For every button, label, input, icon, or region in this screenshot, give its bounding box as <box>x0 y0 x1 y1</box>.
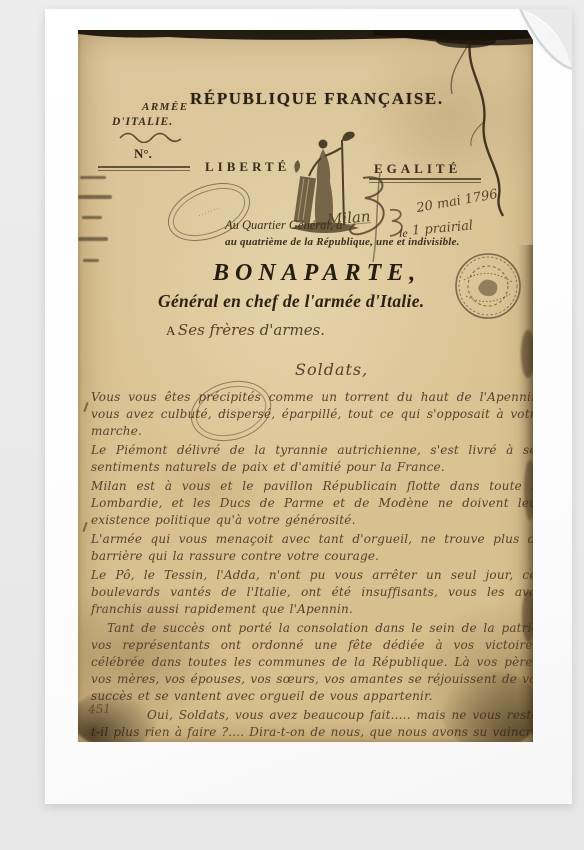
army-label: ARMÉE <box>142 101 189 113</box>
ink-bleed-mark <box>82 216 102 219</box>
dateline-subline: au quatrième de la République, une et in… <box>225 236 460 248</box>
ink-bleed-mark <box>83 259 99 262</box>
paragraph-1: Vous vous êtes précipités comme un torre… <box>91 389 533 440</box>
number-label: N°. <box>134 146 152 162</box>
paragraph-3: Milan est à vous et le pavillon Républic… <box>91 478 533 529</box>
army-label-line2: D'ITALIE. <box>112 116 173 128</box>
round-archive-stamp-icon <box>452 250 524 322</box>
edge-stain <box>524 460 533 520</box>
edge-stain <box>522 590 533 642</box>
margin-tick-mark <box>83 402 88 412</box>
ink-bleed-mark <box>80 176 106 179</box>
dateline-prefix: Au Quartier Général, à <box>225 218 342 233</box>
ink-bleed-mark <box>78 237 108 241</box>
paragraph-4: L'armée qui vous menaçoit avec tant d'or… <box>91 531 533 565</box>
salutation: Soldats, <box>295 360 533 379</box>
ink-bleed-mark <box>78 195 112 199</box>
flourish-underline-icon <box>118 131 184 143</box>
republic-title: RÉPUBLIQUE FRANÇAISE. <box>190 89 444 109</box>
corner-stain-bottom-right <box>441 670 533 742</box>
address-line: A Ses frères d'armes. <box>166 321 325 339</box>
document-paper: ARMÉE D'ITALIE. RÉPUBLIQUE FRANÇAISE. N°… <box>78 30 533 742</box>
rule-left <box>98 166 190 171</box>
page-curl-corner-icon <box>500 9 572 81</box>
author-title: BONAPARTE, <box>213 260 421 287</box>
paragraph-5: Le Pô, le Tessin, l'Adda, n'ont pu vous … <box>91 567 533 618</box>
author-role: Général en chef de l'armée d'Italie. <box>158 291 424 312</box>
poster-mount: ARMÉE D'ITALIE. RÉPUBLIQUE FRANÇAISE. N°… <box>45 9 572 804</box>
liberty-label: LIBERTÉ <box>205 159 290 175</box>
margin-tick-mark <box>82 522 87 532</box>
edge-stain <box>521 330 533 378</box>
dateline-place-handwritten: Milan <box>326 207 371 229</box>
photo-background: ARMÉE D'ITALIE. RÉPUBLIQUE FRANÇAISE. N°… <box>0 0 584 850</box>
address-handwritten: Ses frères d'armes. <box>178 321 325 339</box>
paragraph-2: Le Piémont délivré de la tyrannie autric… <box>91 442 533 476</box>
address-prefix: A <box>166 323 175 338</box>
